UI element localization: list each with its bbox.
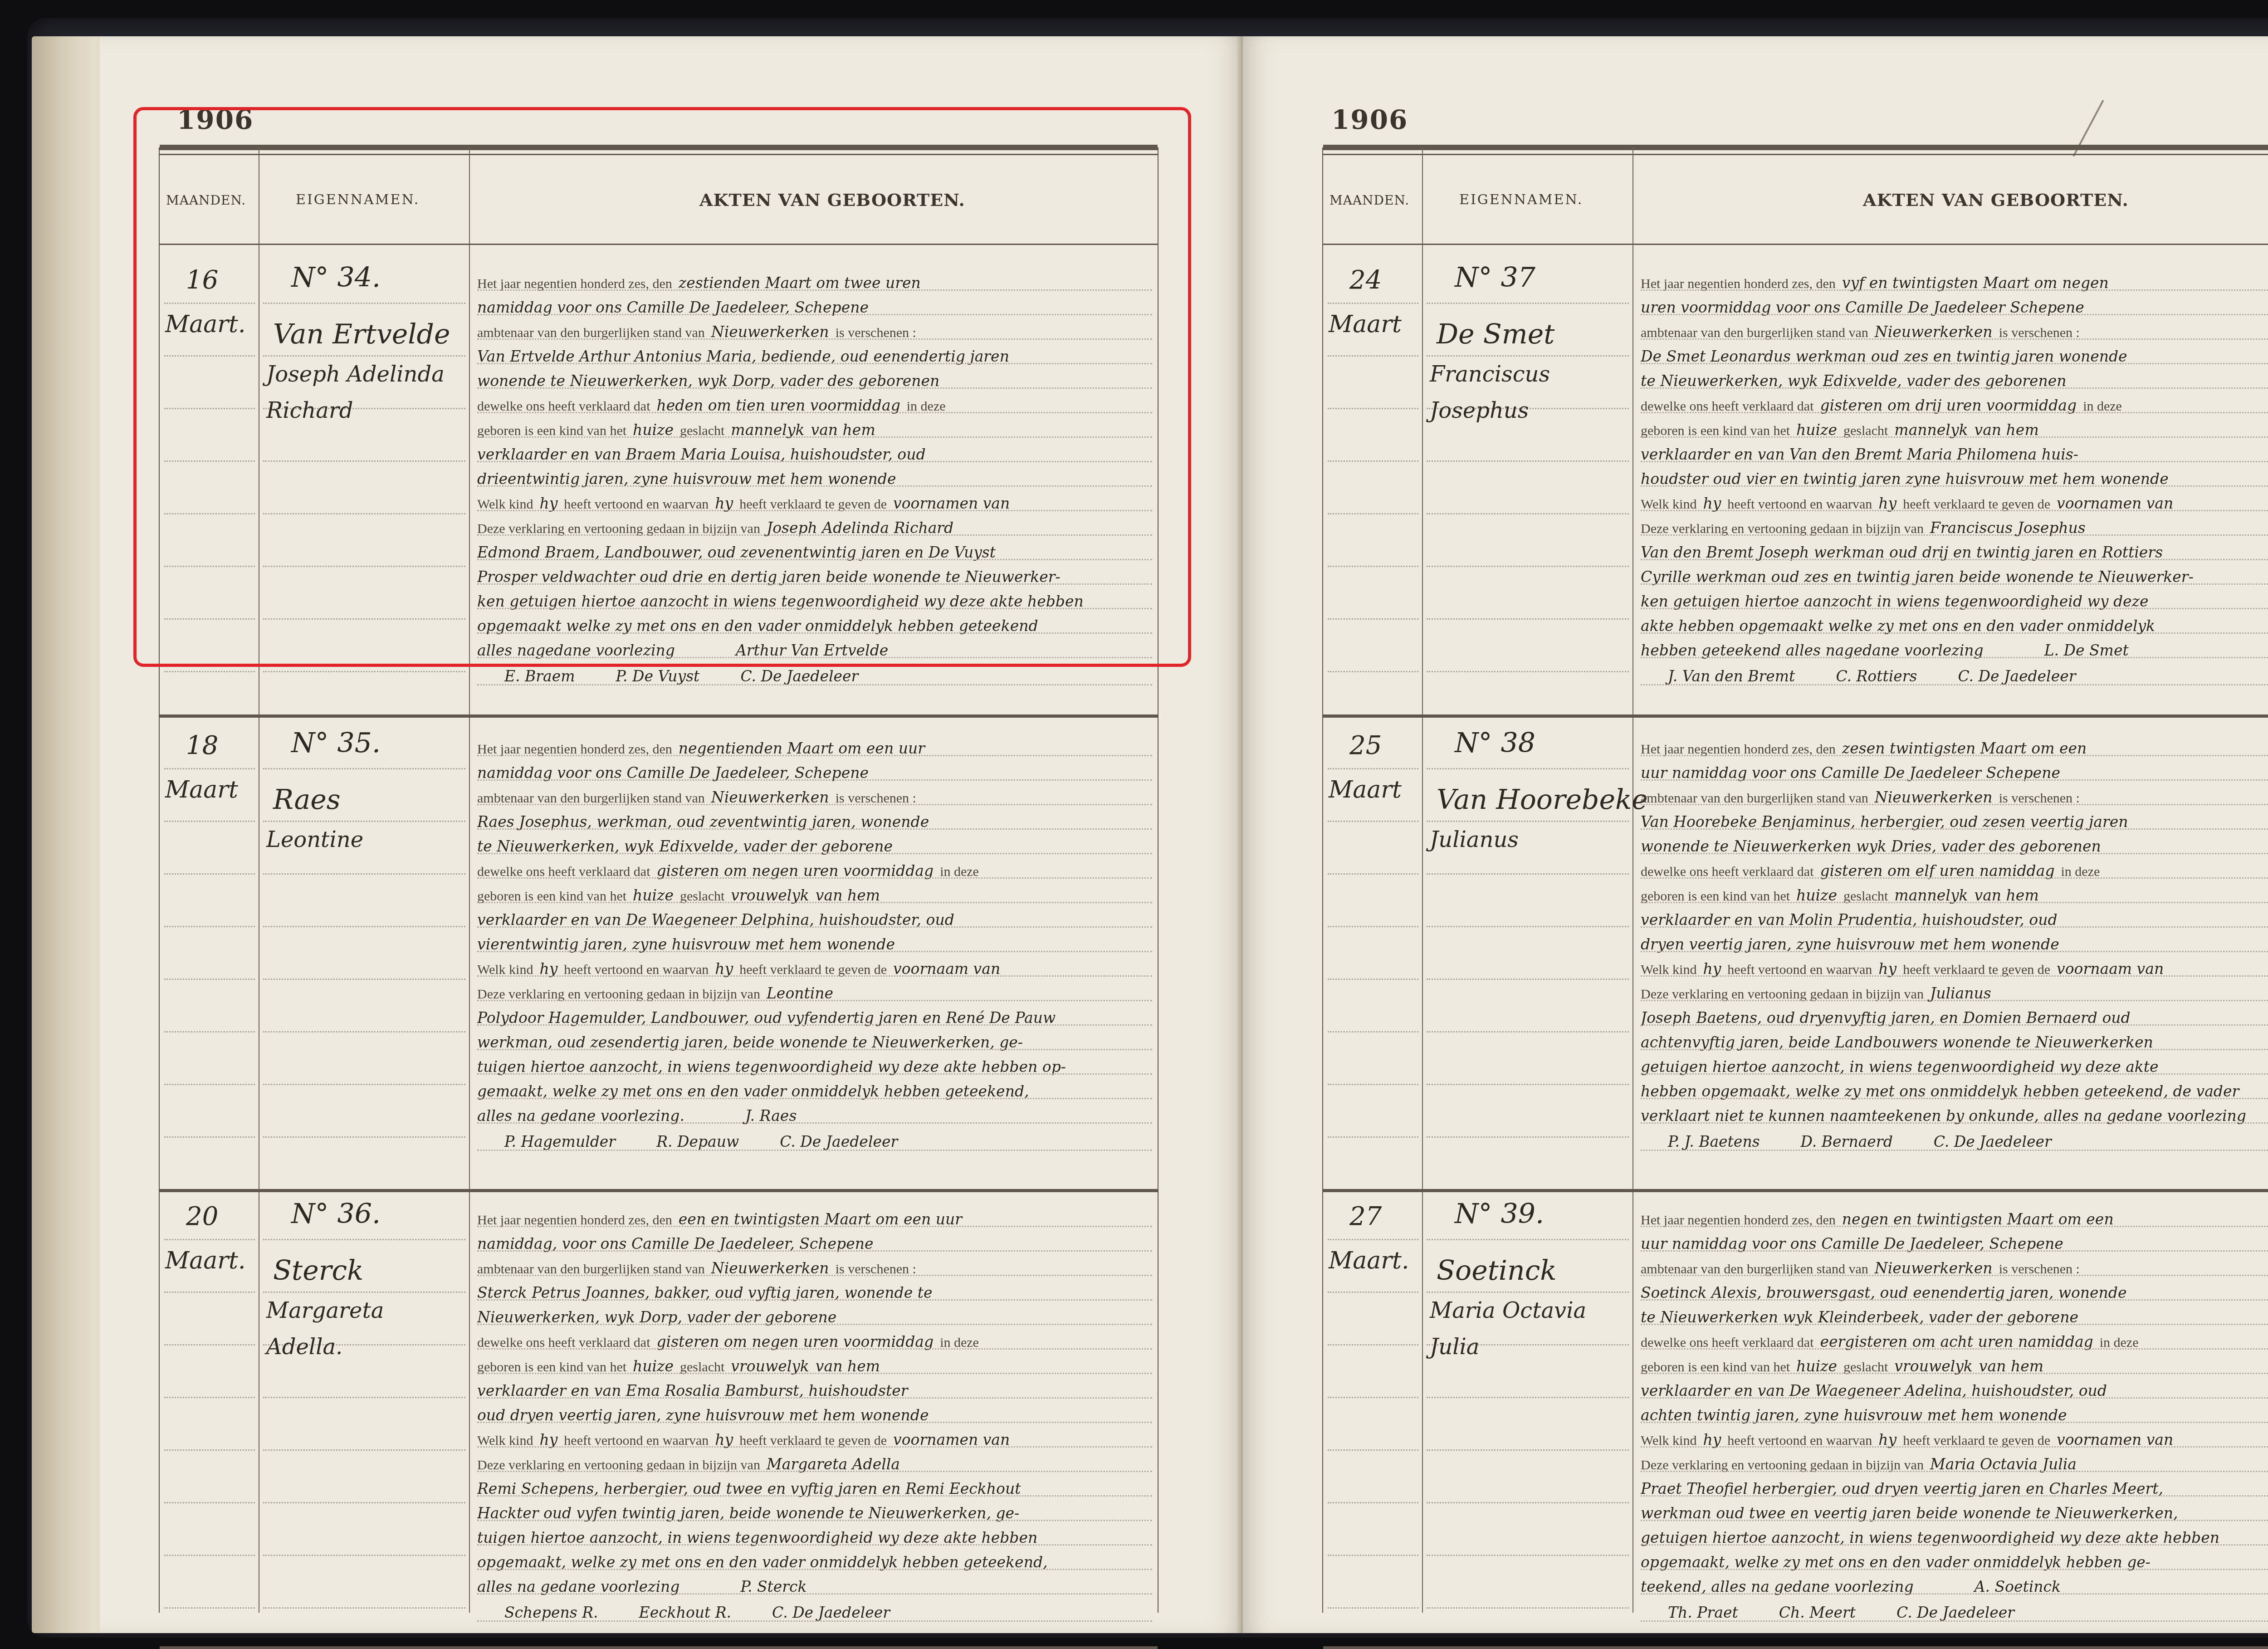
handwritten-text: uur namiddag voor ons Camille De Jaedele… — [1641, 764, 2060, 782]
printed-text: dewelke ons heeft verklaard dat — [477, 399, 650, 414]
handwritten-text: hy — [539, 1431, 557, 1448]
handwritten-text: voornaam van — [2057, 960, 2164, 978]
handwritten-text: eergisteren om acht uren namiddag — [1820, 1333, 2093, 1351]
handwritten-text: gisteren om elf uren namiddag — [1820, 862, 2055, 880]
printed-text: heeft vertoond en waarvan — [564, 962, 709, 977]
guide-line — [263, 1084, 465, 1085]
printed-text: Het jaar negentien honderd zes, den — [477, 1213, 672, 1228]
act-line: ken getuigen hiertoe aanzocht in wiens t… — [477, 589, 1152, 614]
handwritten-text: huize — [633, 1357, 674, 1375]
header-bottom-rule — [160, 244, 1158, 245]
printed-text: Het jaar negentien honderd zes, den — [477, 742, 672, 757]
printed-text: in deze — [907, 399, 946, 414]
act-line: ambtenaar van den burgerlijken stand van… — [477, 320, 1152, 344]
entry-given-name: Maria Octavia — [1430, 1298, 1586, 1323]
printed-text: is verschenen : — [836, 791, 916, 806]
entry-surname: Raes — [273, 784, 341, 816]
act-line: Joseph Baetens, oud dryenvyftig jaren, e… — [1641, 1006, 2268, 1030]
guide-line — [263, 513, 465, 514]
act-line: ambtenaar van den burgerlijken stand van… — [1641, 785, 2268, 810]
guide-line — [164, 1344, 255, 1346]
entry-separator — [160, 1646, 1158, 1649]
handwritten-text: uur namiddag voor ons Camille De Jaedele… — [1641, 1235, 2063, 1253]
entry-month: Maart. — [165, 311, 246, 338]
handwritten-text: verklaarder en van Braem Maria Louisa, h… — [477, 445, 926, 463]
entry-month: Maart — [1329, 776, 1402, 803]
handwritten-text: Nieuwerkerken — [1875, 323, 1993, 341]
guide-line — [1427, 1292, 1629, 1293]
entry-number: N° 37 — [1455, 262, 1535, 294]
guide-line — [1328, 1502, 1418, 1503]
handwritten-text: Nieuwerkerken — [711, 1259, 829, 1277]
act-line: Van Hoorebeke Benjaminus, herbergier, ou… — [1641, 810, 2268, 834]
guide-line — [164, 460, 255, 462]
entry-surname: Van Ertvelde — [273, 318, 450, 350]
signature: P. Hagemulder — [504, 1133, 616, 1150]
right-page: 1906 MAANDEN. EIGENNAMEN. AKTEN VAN GEBO… — [1243, 36, 2268, 1633]
printed-text: geboren is een kind van het — [477, 889, 626, 904]
handwritten-text: wonende te Nieuwerkerken wyk Dries, vade… — [1641, 837, 2101, 855]
guide-line — [1427, 873, 1629, 875]
act-line: akte hebben opgemaakt welke zy met ons e… — [1641, 614, 2268, 638]
handwritten-text: hy — [1878, 1431, 1897, 1448]
printed-text: heeft vertoond en waarvan — [1727, 497, 1872, 512]
handwritten-text: zesen twintigsten Maart om een — [1842, 739, 2087, 757]
entry-surname: Soetinck — [1437, 1255, 1557, 1287]
act-line: teekend, alles na gedane voorlezingA. So… — [1641, 1575, 2268, 1599]
handwritten-text: te Nieuwerkerken wyk Kleinderbeek, vader… — [1641, 1308, 2078, 1326]
header-acts: AKTEN VAN GEBOORTEN. — [1863, 190, 2129, 210]
act-line: verklaarder en van Molin Prudentia, huis… — [1641, 908, 2268, 932]
handwritten-text: huize — [1796, 1357, 1837, 1375]
handwritten-text: vrouwelyk — [731, 886, 809, 904]
guide-line — [1427, 460, 1629, 462]
guide-line — [1328, 671, 1418, 672]
handwritten-text: opgemaakt, welke zy met ons en den vader… — [1641, 1553, 2151, 1571]
handwritten-text: Margareta Adella — [767, 1455, 900, 1473]
signature: P. De Vuyst — [616, 667, 700, 685]
handwritten-text: van hem — [811, 421, 875, 439]
printed-text: ambtenaar van den burgerlijken stand van — [1641, 1262, 1868, 1277]
signature-row: Th. PraetCh. MeertC. De Jaedeleer — [1641, 1599, 2268, 1626]
handwritten-text: tuigen hiertoe aanzocht, in wiens tegenw… — [477, 1529, 1037, 1546]
printed-text: Deze verklaring en vertooning gedaan in … — [1641, 521, 1924, 536]
printed-text: in deze — [940, 864, 979, 879]
act-line: Van den Bremt Joseph werkman oud drij en… — [1641, 540, 2268, 565]
act-line: tuigen hiertoe aanzocht, in wiens tegenw… — [477, 1055, 1152, 1079]
handwritten-text: Maria Octavia Julia — [1930, 1455, 2077, 1473]
printed-text: geboren is een kind van het — [1641, 889, 1790, 904]
printed-text: Deze verklaring en vertooning gedaan in … — [477, 987, 760, 1002]
signature: P. Sterck — [740, 1578, 807, 1595]
act-line: Welk kindhyheeft vertoond en waarvanhyhe… — [1641, 957, 2268, 981]
printed-text: geslacht — [680, 889, 724, 904]
printed-text: Welk kind — [477, 962, 533, 977]
handwritten-text: Joseph Baetens, oud dryenvyftig jaren, e… — [1641, 1009, 2131, 1027]
printed-text: ambtenaar van den burgerlijken stand van — [1641, 791, 1868, 806]
printed-text: in deze — [940, 1335, 979, 1350]
signature-row: J. Van den BremtC. RottiersC. De Jaedele… — [1641, 663, 2268, 690]
signature: C. De Jaedeleer — [1958, 667, 2076, 685]
guide-line — [1328, 1344, 1418, 1346]
handwritten-text: Praet Theofiel herbergier, oud dryen vee… — [1641, 1480, 2163, 1497]
guide-line — [1427, 821, 1629, 822]
entry-month: Maart. — [1329, 1247, 1409, 1274]
act-line: geboren is een kind van hethuizegeslacht… — [1641, 418, 2268, 442]
handwritten-text: een en twintigsten Maart om een uur — [679, 1210, 962, 1228]
guide-line — [1427, 303, 1629, 304]
handwritten-text: vierentwintig jaren, zyne huisvrouw met … — [477, 935, 895, 953]
handwritten-text: hebben geteekend alles nagedane voorlezi… — [1641, 641, 1984, 659]
guide-line — [263, 1607, 465, 1609]
entry-separator — [1323, 714, 2268, 718]
guide-line — [164, 1555, 255, 1556]
act-line: Het jaar negentien honderd zes, denzesen… — [1641, 736, 2268, 761]
header-names: EIGENNAMEN. — [296, 192, 420, 208]
printed-text: Het jaar negentien honderd zes, den — [1641, 742, 1836, 757]
handwritten-text: Van den Bremt Joseph werkman oud drij en… — [1641, 543, 2163, 561]
act-line: uur namiddag voor ons Camille De Jaedele… — [1641, 1232, 2268, 1256]
act-line: achtenvyftig jaren, beide Landbouwers wo… — [1641, 1030, 2268, 1055]
signature: Th. Praet — [1668, 1604, 1738, 1621]
handwritten-text: Raes Josephus, werkman, oud zeventwintig… — [477, 813, 929, 831]
handwritten-text: verklaart niet te kunnen naamteekenen by… — [1641, 1107, 2246, 1125]
act-line: Soetinck Alexis, brouwersgast, oud eenen… — [1641, 1281, 2268, 1305]
handwritten-text: van hem — [1975, 886, 2039, 904]
header-bottom-rule — [1323, 244, 2268, 245]
handwritten-text: hy — [715, 1431, 733, 1448]
handwritten-text: getuigen hiertoe aanzocht, in wiens tege… — [1641, 1058, 2159, 1076]
guide-line — [1427, 618, 1629, 620]
handwritten-text: Nieuwerkerken — [1875, 788, 1993, 806]
guide-line — [263, 1397, 465, 1398]
act-line: ken getuigen hiertoe aanzocht in wiens t… — [1641, 589, 2268, 614]
guide-line — [263, 873, 465, 875]
guide-line — [263, 1031, 465, 1032]
printed-text: heeft verklaard te geven de — [1903, 497, 2050, 512]
signature-row: P. HagemulderR. DepauwC. De Jaedeleer — [477, 1128, 1152, 1155]
act-line: opgemaakt, welke zy met ons en den vader… — [1641, 1550, 2268, 1575]
printed-text: geboren is een kind van het — [1641, 1360, 1790, 1375]
entry-given-name: Richard — [266, 398, 353, 423]
entry-given-name: Julia — [1430, 1334, 1479, 1360]
guide-line — [1328, 1449, 1418, 1451]
guide-line — [164, 1397, 255, 1398]
handwritten-text: Nieuwerkerken — [1875, 1259, 1993, 1277]
header-names: EIGENNAMEN. — [1459, 192, 1583, 208]
act-line: Nieuwerkerken, wyk Dorp, vader der gebor… — [477, 1305, 1152, 1330]
handwritten-text: mannelyk — [1894, 421, 1968, 439]
signature: P. J. Baetens — [1668, 1133, 1760, 1150]
guide-line — [263, 618, 465, 620]
printed-text: ambtenaar van den burgerlijken stand van — [477, 791, 705, 806]
act-line: Sterck Petrus Joannes, bakker, oud vyfti… — [477, 1281, 1152, 1305]
handwritten-text: akte hebben opgemaakt welke zy met ons e… — [1641, 617, 2155, 635]
act-line: werkman, oud zesendertig jaren, beide wo… — [477, 1030, 1152, 1055]
act-line: verklaarder en van De Waegeneer Adelina,… — [1641, 1379, 2268, 1403]
guide-line — [1427, 1449, 1629, 1451]
guide-line — [164, 513, 255, 514]
act-line: Welk kindhyheeft vertoond en waarvanhyhe… — [1641, 491, 2268, 516]
guide-line — [1328, 1397, 1418, 1398]
guide-line — [1328, 768, 1418, 769]
act-line: dewelke ons heeft verklaard datgisteren … — [477, 859, 1152, 883]
handwritten-text: van hem — [816, 1357, 880, 1375]
handwritten-text: hy — [715, 960, 733, 978]
handwritten-text: te Nieuwerkerken, wyk Edixvelde, vader d… — [1641, 372, 2067, 390]
handwritten-text: alles na gedane voorlezing — [477, 1578, 679, 1595]
guide-line — [164, 1292, 255, 1293]
printed-text: Welk kind — [1641, 497, 1696, 512]
guide-line — [1427, 1502, 1629, 1503]
handwritten-text: huize — [633, 886, 674, 904]
signature: R. Depauw — [656, 1133, 739, 1150]
handwritten-text: verklaarder en van Ema Rosalia Bamburst,… — [477, 1382, 908, 1399]
printed-text: ambtenaar van den burgerlijken stand van — [477, 1262, 705, 1277]
register-table-right: MAANDEN. EIGENNAMEN. AKTEN VAN GEBOORTEN… — [1322, 147, 2268, 1613]
guide-line — [263, 355, 465, 357]
signature-row: P. J. BaetensD. BernaerdC. De Jaedeleer — [1641, 1128, 2268, 1155]
signature: J. Van den Bremt — [1668, 667, 1795, 685]
act-line: uren voormiddag voor ons Camille De Jaed… — [1641, 295, 2268, 320]
printed-text: Welk kind — [1641, 1433, 1696, 1448]
act-line: hebben geteekend alles nagedane voorlezi… — [1641, 638, 2268, 663]
entry-given-name: Margareta — [266, 1298, 384, 1323]
act-line: getuigen hiertoe aanzocht, in wiens tege… — [1641, 1526, 2268, 1550]
guide-line — [164, 355, 255, 357]
act-line: dryen veertig jaren, zyne huisvrouw met … — [1641, 932, 2268, 957]
guide-line — [1427, 566, 1629, 567]
act-line: tuigen hiertoe aanzocht, in wiens tegenw… — [477, 1526, 1152, 1550]
entry-separator — [160, 714, 1158, 718]
printed-text: is verschenen : — [1999, 1262, 2080, 1277]
signature: L. De Smet — [2044, 641, 2129, 659]
printed-text: Welk kind — [1641, 962, 1696, 977]
act-line: verklaarder en van Ema Rosalia Bamburst,… — [477, 1379, 1152, 1403]
handwritten-text: hy — [1703, 960, 1721, 978]
guide-line — [1427, 671, 1629, 672]
guide-line — [1328, 1292, 1418, 1293]
guide-line — [1328, 1136, 1418, 1138]
act-line: Praet Theofiel herbergier, oud dryen vee… — [1641, 1477, 2268, 1501]
handwritten-text: te Nieuwerkerken, wyk Edixvelde, vader d… — [477, 837, 893, 855]
handwritten-text: hebben opgemaakt, welke zy met ons onmid… — [1641, 1082, 2239, 1100]
guide-line — [1427, 1031, 1629, 1032]
guide-line — [164, 979, 255, 980]
handwritten-text: gisteren om negen uren voormiddag — [657, 1333, 934, 1351]
guide-line — [263, 926, 465, 927]
register-entry: 16Maart.N° 34.Van ErtveldeJoseph Adelind… — [160, 253, 1158, 711]
act-line: ambtenaar van den burgerlijken stand van… — [1641, 1256, 2268, 1281]
printed-text: geslacht — [1843, 889, 1888, 904]
act-line: geboren is een kind van hethuizegeslacht… — [1641, 1354, 2268, 1379]
handwritten-text: uren voormiddag voor ons Camille De Jaed… — [1641, 298, 2084, 316]
act-line: Deze verklaring en vertooning gedaan in … — [477, 1452, 1152, 1477]
printed-text: dewelke ons heeft verklaard dat — [1641, 1335, 1814, 1350]
page-year: 1906 — [1331, 104, 1408, 135]
handwritten-text: namiddag voor ons Camille De Jaedeleer, … — [477, 764, 869, 782]
printed-text: in deze — [2061, 864, 2100, 879]
handwritten-text: hy — [1703, 1431, 1721, 1448]
printed-text: geboren is een kind van het — [477, 423, 626, 438]
guide-line — [1328, 566, 1418, 567]
handwritten-text: werkman oud twee en veertig jaren beide … — [1641, 1504, 2178, 1522]
guide-line — [263, 566, 465, 567]
act-line: Het jaar negentien honderd zes, denzesti… — [477, 271, 1152, 295]
signature: C. De Jaedeleer — [1897, 1604, 2014, 1621]
act-line: Prosper veldwachter oud drie en dertig j… — [477, 565, 1152, 589]
act-line: wonende te Nieuwerkerken, wyk Dorp, vade… — [477, 369, 1152, 393]
printed-text: heeft vertoond en waarvan — [1727, 962, 1872, 977]
guide-line — [164, 1031, 255, 1032]
printed-text: Het jaar negentien honderd zes, den — [1641, 1213, 1836, 1228]
header-rule-thin — [160, 154, 1158, 155]
handwritten-text: hy — [715, 494, 733, 512]
act-line: werkman oud twee en veertig jaren beide … — [1641, 1501, 2268, 1526]
handwritten-text: huize — [1796, 886, 1837, 904]
signature: Eeckhout R. — [639, 1604, 732, 1621]
printed-text: heeft vertoond en waarvan — [1727, 1433, 1872, 1448]
handwritten-text: negen en twintigsten Maart om een — [1842, 1210, 2114, 1228]
guide-line — [1328, 821, 1418, 822]
act-line: Het jaar negentien honderd zes, deneen e… — [477, 1207, 1152, 1232]
entry-number: N° 35. — [291, 727, 381, 759]
act-line: uur namiddag voor ons Camille De Jaedele… — [1641, 761, 2268, 785]
guide-line — [164, 1084, 255, 1085]
handwritten-text: gisteren om drij uren voormiddag — [1820, 396, 2077, 414]
act-line: De Smet Leonardus werkman oud zes en twi… — [1641, 344, 2268, 369]
guide-line — [1328, 460, 1418, 462]
guide-line — [164, 618, 255, 620]
guide-line — [1427, 513, 1629, 514]
printed-text: in deze — [2100, 1335, 2139, 1350]
act-line: Welk kindhyheeft vertoond en waarvanhyhe… — [477, 957, 1152, 981]
printed-text: Het jaar negentien honderd zes, den — [1641, 276, 1836, 291]
handwritten-text: oud dryen veertig jaren, zyne huisvrouw … — [477, 1406, 929, 1424]
entry-surname: Van Hoorebeke — [1437, 784, 1648, 816]
register-table-left: MAANDEN. EIGENNAMEN. AKTEN VAN GEBOORTEN… — [159, 147, 1158, 1613]
guide-line — [164, 821, 255, 822]
handwritten-text: achtenvyftig jaren, beide Landbouwers wo… — [1641, 1033, 2153, 1051]
handwritten-text: Polydoor Hagemulder, Landbouwer, oud vyf… — [477, 1009, 1056, 1027]
act-line: alles nagedane voorlezingArthur Van Ertv… — [477, 638, 1152, 663]
act-line: getuigen hiertoe aanzocht, in wiens tege… — [1641, 1055, 2268, 1079]
guide-line — [263, 671, 465, 672]
register-entry: 18MaartN° 35.RaesLeontineHet jaar negent… — [160, 718, 1158, 1185]
guide-line — [1328, 979, 1418, 980]
handwritten-text: namiddag voor ons Camille De Jaedeleer, … — [477, 298, 869, 316]
act-line: opgemaakt welke zy met ons en den vader … — [477, 614, 1152, 638]
guide-line — [1427, 1084, 1629, 1085]
guide-line — [1427, 1555, 1629, 1556]
act-line: alles na gedane voorlezing.J. Raes — [477, 1104, 1152, 1128]
handwritten-text: ken getuigen hiertoe aanzocht in wiens t… — [1641, 592, 2148, 610]
act-line: geboren is een kind van hethuizegeslacht… — [477, 418, 1152, 442]
act-line: Het jaar negentien honderd zes, denvyf e… — [1641, 271, 2268, 295]
act-line: Deze verklaring en vertooning gedaan in … — [1641, 516, 2268, 540]
header-rule-thin — [1323, 154, 2268, 155]
signature: C. De Jaedeleer — [1934, 1133, 2052, 1150]
printed-text: Deze verklaring en vertooning gedaan in … — [477, 521, 760, 536]
act-line: geboren is een kind van hethuizegeslacht… — [477, 1354, 1152, 1379]
guide-line — [164, 1239, 255, 1240]
entry-month: Maart — [1329, 311, 1402, 338]
guide-line — [1328, 1031, 1418, 1032]
guide-line — [1328, 303, 1418, 304]
guide-line — [1427, 1239, 1629, 1240]
guide-line — [1427, 1136, 1629, 1138]
guide-line — [164, 768, 255, 769]
handwritten-text: houdster oud vier en twintig jaren zyne … — [1641, 470, 2169, 488]
handwritten-text: mannelyk — [731, 421, 804, 439]
printed-text: heeft vertoond en waarvan — [564, 497, 709, 512]
handwritten-text: Soetinck Alexis, brouwersgast, oud eenen… — [1641, 1284, 2126, 1302]
entry-number: N° 38 — [1455, 727, 1535, 759]
register-entry: 25MaartN° 38Van HoorebekeJulianusHet jaa… — [1323, 718, 2268, 1185]
act-line: wonende te Nieuwerkerken wyk Dries, vade… — [1641, 834, 2268, 859]
entry-day: 27 — [1349, 1202, 1382, 1231]
signature: Schepens R. — [504, 1604, 598, 1621]
handwritten-text: namiddag, voor ons Camille De Jaedeleer,… — [477, 1235, 874, 1253]
guide-line — [263, 1502, 465, 1503]
entry-number: N° 39. — [1455, 1198, 1544, 1230]
act-line: dewelke ons heeft verklaard dateergister… — [1641, 1330, 2268, 1354]
printed-text: Het jaar negentien honderd zes, den — [477, 276, 672, 291]
printed-text: Deze verklaring en vertooning gedaan in … — [477, 1458, 760, 1473]
guide-line — [164, 1502, 255, 1503]
act-line: Het jaar negentien honderd zes, dennegen… — [477, 736, 1152, 761]
header-rule — [160, 145, 1158, 150]
handwritten-text: van hem — [1975, 421, 2039, 439]
printed-text: heeft verklaard te geven de — [739, 1433, 887, 1448]
handwritten-text: voornaam van — [893, 960, 1000, 978]
handwritten-text: vrouwelyk — [731, 1357, 809, 1375]
act-line: gemaakt, welke zy met ons en den vader o… — [477, 1079, 1152, 1104]
signature: C. Rottiers — [1836, 667, 1917, 685]
act-line: Polydoor Hagemulder, Landbouwer, oud vyf… — [477, 1006, 1152, 1030]
handwritten-text: Franciscus Josephus — [1930, 519, 2086, 537]
act-line: Welk kindhyheeft vertoond en waarvanhyhe… — [1641, 1428, 2268, 1452]
printed-text: ambtenaar van den burgerlijken stand van — [477, 325, 705, 340]
guide-line — [263, 1292, 465, 1293]
act-line: geboren is een kind van hethuizegeslacht… — [477, 883, 1152, 908]
signature-row: E. BraemP. De VuystC. De Jaedeleer — [477, 663, 1152, 690]
handwritten-text: Remi Schepens, herbergier, oud twee en v… — [477, 1480, 1021, 1497]
act-line: verklaarder en van De Waegeneer Delphina… — [477, 908, 1152, 932]
signature: J. Raes — [745, 1107, 797, 1125]
printed-text: is verschenen : — [836, 325, 916, 340]
act-line: ambtenaar van den burgerlijken stand van… — [477, 785, 1152, 810]
printed-text: Deze verklaring en vertooning gedaan in … — [1641, 987, 1924, 1002]
entry-number: N° 36. — [291, 1198, 381, 1230]
guide-line — [1328, 355, 1418, 357]
handwritten-text: gemaakt, welke zy met ons en den vader o… — [477, 1082, 1029, 1100]
signature: D. Bernaerd — [1801, 1133, 1893, 1150]
printed-text: geslacht — [680, 423, 724, 438]
handwritten-text: Nieuwerkerken — [711, 323, 829, 341]
handwritten-text: hy — [1878, 494, 1897, 512]
handwritten-text: hy — [1878, 960, 1897, 978]
handwritten-text: wonende te Nieuwerkerken, wyk Dorp, vade… — [477, 372, 939, 390]
act-line: namiddag voor ons Camille De Jaedeleer, … — [477, 761, 1152, 785]
handwritten-text: heden om tien uren voormiddag — [657, 396, 900, 414]
handwritten-text: huize — [633, 421, 674, 439]
printed-text: in deze — [2083, 399, 2122, 414]
header-months: MAANDEN. — [166, 193, 246, 208]
entry-day: 18 — [186, 731, 218, 760]
guide-line — [1328, 873, 1418, 875]
printed-text: geslacht — [1843, 1360, 1888, 1375]
